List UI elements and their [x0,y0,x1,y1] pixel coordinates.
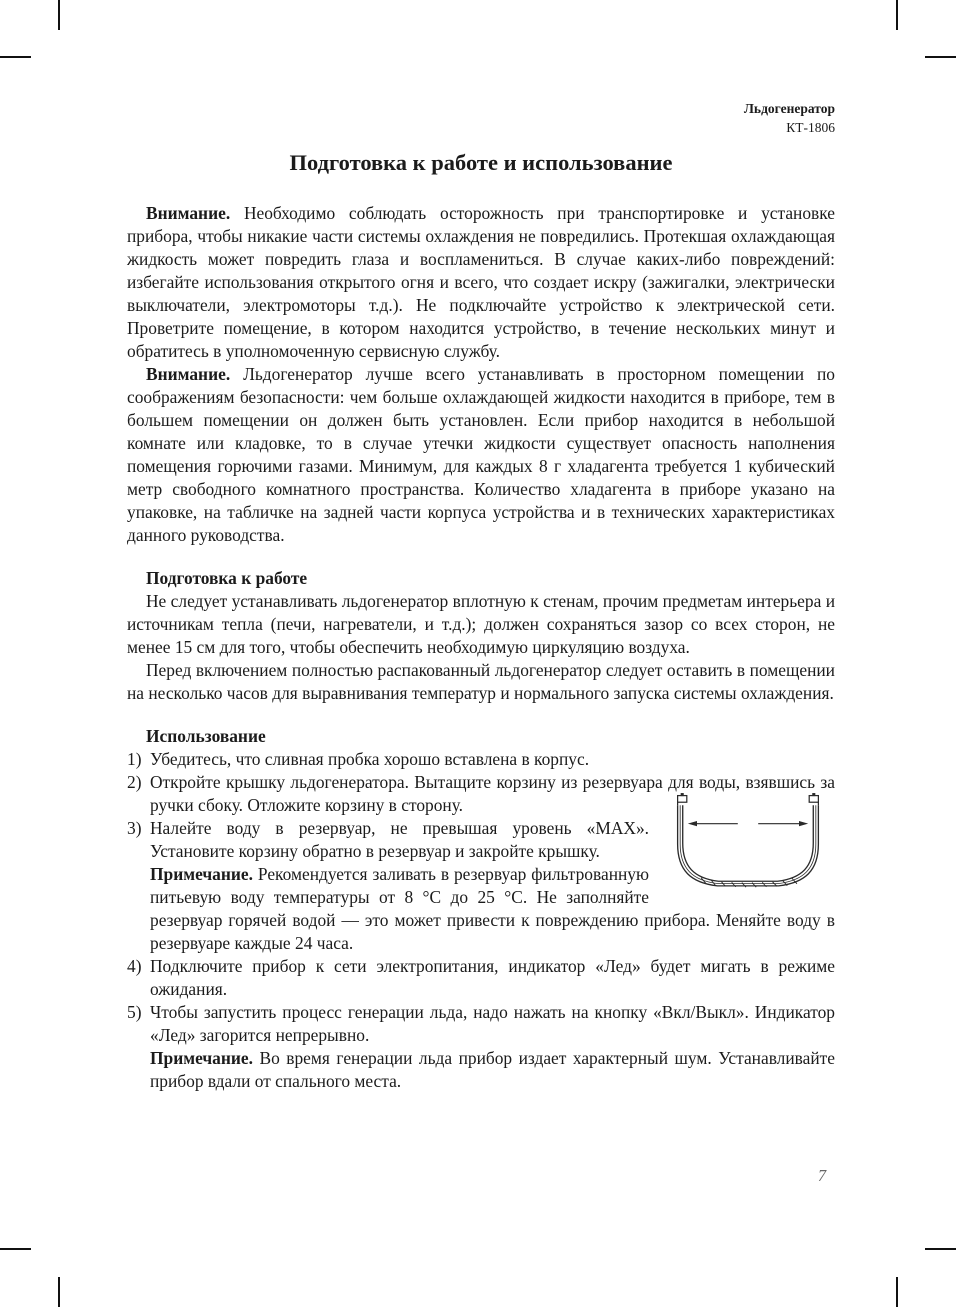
list-item-number: 3) [127,817,150,840]
product-name: Льдогенератор [127,100,835,119]
list-item-number: 1) [127,748,150,771]
list-item-note: Примечание. Во время генерации льда приб… [150,1047,835,1093]
crop-mark-bottom-right-vertical [896,1277,898,1307]
list-item-text: Чтобы запустить процесс генерации льда, … [150,1002,835,1045]
list-item-body: Чтобы запустить процесс генерации льда, … [150,1001,835,1093]
width-arrow-left [688,821,738,826]
preparation-paragraph-2: Перед включением полностью распакованный… [127,659,835,705]
list-item: 4) Подключите прибор к сети электропитан… [127,955,835,1001]
crop-mark-top-left-horizontal [0,56,31,58]
width-arrow-right [758,821,808,826]
crop-mark-bottom-right-horizontal [925,1248,956,1250]
basket-handle-right [809,793,818,805]
section-heading-preparation: Подготовка к работе [127,567,835,590]
list-item-text: Убедитесь, что сливная пробка хорошо вст… [150,749,589,769]
warning-text: Льдогенератор лучше всего устанавливать … [127,364,835,545]
note-lead: Примечание. [150,1048,253,1068]
list-item-body: Убедитесь, что сливная пробка хорошо вст… [150,748,835,771]
page-content: Льдогенератор КТ-1806 Подготовка к работ… [127,100,835,1093]
manual-page: Льдогенератор КТ-1806 Подготовка к работ… [0,0,956,1307]
warning-lead: Внимание. [146,203,230,223]
crop-mark-top-left-vertical [58,0,60,30]
list-item-number: 2) [127,771,150,794]
warning-paragraph-1: Внимание. Необходимо соблюдать осторожно… [127,202,835,363]
section-heading-usage: Использование [127,725,835,748]
basket-figure-svg [661,791,835,893]
basket-handle-left [678,793,687,805]
list-item: 3) [127,817,835,955]
list-item-number: 4) [127,955,150,978]
page-number: 7 [792,1166,852,1186]
list-item: 5) Чтобы запустить процесс генерации льд… [127,1001,835,1093]
page-title: Подготовка к работе и использование [127,150,835,176]
warning-text: Необходимо соблюдать осторожность при тр… [127,203,835,361]
list-item-text: Подключите прибор к сети электропитания,… [150,956,835,999]
list-item-body: Подключите прибор к сети электропитания,… [150,955,835,1001]
list-item-text: Налейте воду в резервуар, не превышая ур… [150,818,649,861]
warning-paragraph-2: Внимание. Льдогенератор лучше всего уста… [127,363,835,547]
list-item-body: Налейте воду в резервуар, не превышая ур… [150,817,835,955]
crop-mark-bottom-left-vertical [58,1277,60,1307]
list-item: 1) Убедитесь, что сливная пробка хорошо … [127,748,835,771]
usage-steps-list: 1) Убедитесь, что сливная пробка хорошо … [127,748,835,1093]
crop-mark-bottom-left-horizontal [0,1248,31,1250]
preparation-paragraph-1: Не следует устанавливать льдогенератор в… [127,590,835,659]
note-lead: Примечание. [150,864,253,884]
body-text: Внимание. Необходимо соблюдать осторожно… [127,202,835,1093]
crop-mark-top-right-horizontal [925,56,956,58]
crop-mark-top-right-vertical [896,0,898,30]
list-item-number: 5) [127,1001,150,1024]
warning-lead: Внимание. [146,364,230,384]
model-number: КТ-1806 [127,119,835,138]
basket-outline [678,805,819,886]
basket-figure [661,791,835,893]
note-text: Во время генерации льда прибор издает ха… [150,1048,835,1091]
document-header: Льдогенератор КТ-1806 [127,100,835,138]
